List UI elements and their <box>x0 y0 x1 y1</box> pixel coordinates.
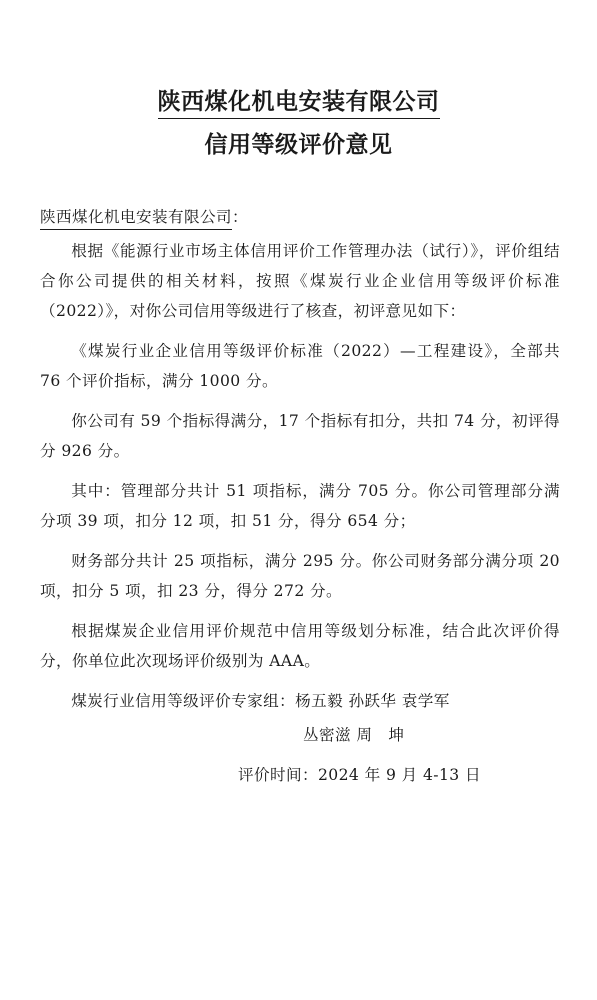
expert-group-signature: 煤炭行业信用等级评价专家组：杨五毅 孙跃华 袁学军 <box>40 686 560 716</box>
paragraph-basis: 根据《能源行业市场主体信用评价工作管理办法（试行）》，评价组结合你公司提供的相关… <box>40 236 560 326</box>
evaluation-date: 评价时间：2024 年 9 月 4-13 日 <box>40 760 560 790</box>
company-title: 陕西煤化机电安装有限公司 <box>158 88 440 119</box>
document-body: 陕西煤化机电安装有限公司： 根据《能源行业市场主体信用评价工作管理办法（试行）》… <box>40 202 560 790</box>
document-title: 信用等级评价意见 <box>0 131 597 159</box>
salutation: 陕西煤化机电安装有限公司 <box>40 205 232 230</box>
paragraph-finance-score: 财务部分共计 25 项指标，满分 295 分。你公司财务部分满分项 20 项，扣… <box>40 546 560 606</box>
paragraph-rating-result: 根据煤炭企业信用评价规范中信用等级划分标准，结合此次评价得分，你单位此次现场评价… <box>40 616 560 676</box>
salutation-colon: ： <box>232 208 248 226</box>
paragraph-standard: 《煤炭行业企业信用等级评价标准（2022）—工程建设》，全部共 76 个评价指标… <box>40 336 560 396</box>
document-header: 陕西煤化机电安装有限公司 信用等级评价意见 <box>0 88 597 159</box>
expert-group-signature-continued: 丛密滋 周 坤 <box>40 720 560 750</box>
salutation-line: 陕西煤化机电安装有限公司： <box>40 202 560 232</box>
paragraph-score-summary: 你公司有 59 个指标得满分，17 个指标有扣分，共扣 74 分，初评得分 92… <box>40 406 560 466</box>
paragraph-management-score: 其中：管理部分共计 51 项指标，满分 705 分。你公司管理部分满分项 39 … <box>40 476 560 536</box>
